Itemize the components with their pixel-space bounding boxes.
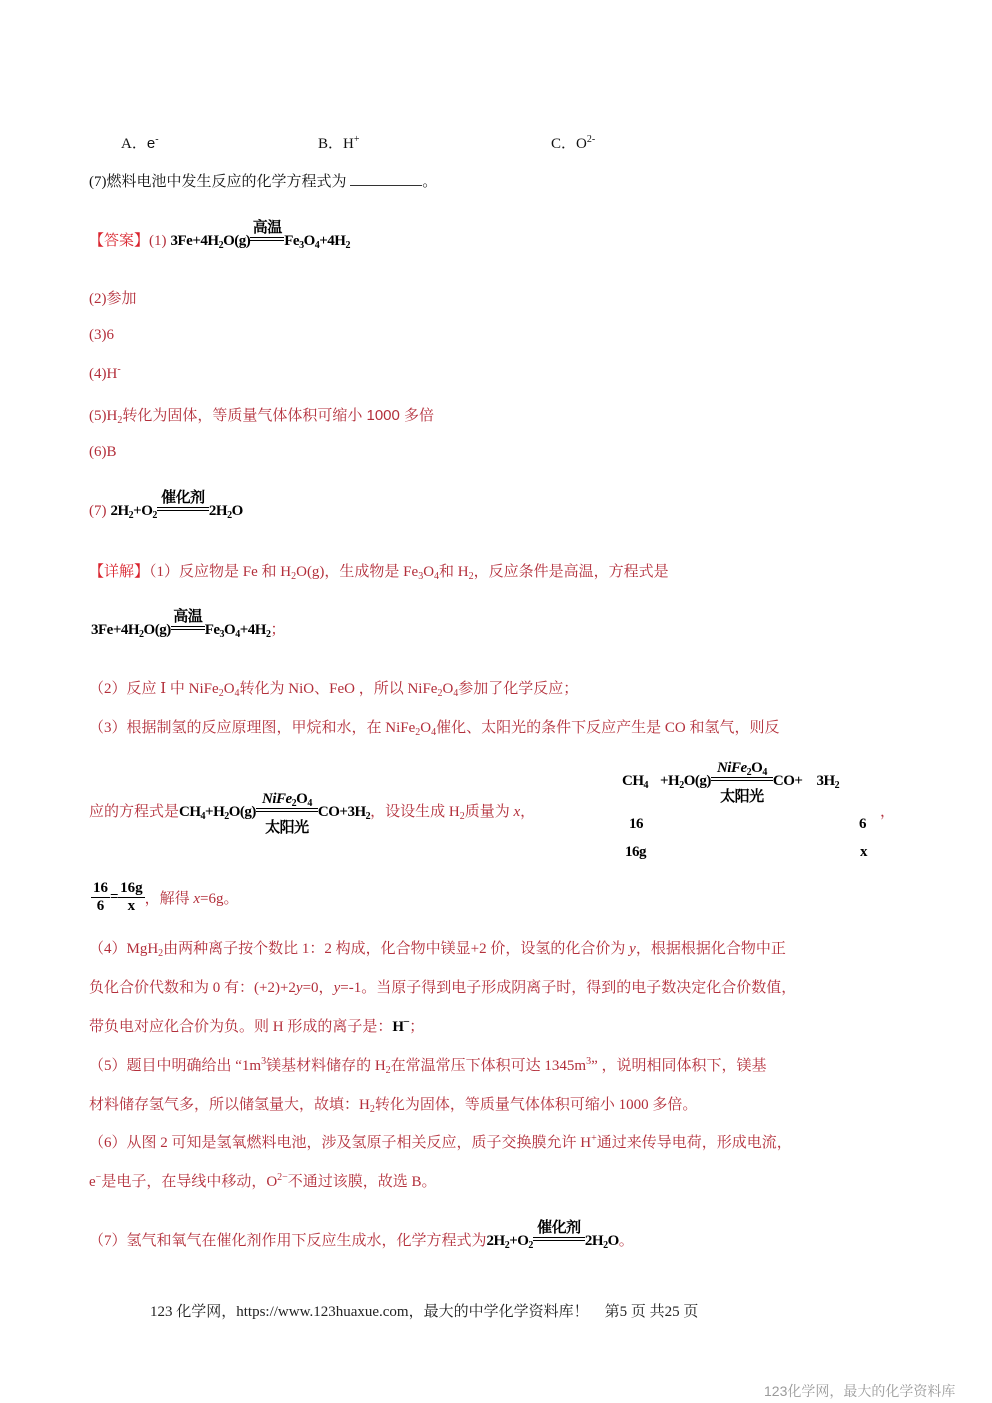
reaction-condition: 催化剂: [157, 503, 209, 520]
explanation-7: （7）氢气和氧气在催化剂作用下反应生成水，化学方程式为2H2+O2催化剂2H2O…: [89, 1229, 634, 1250]
answer-3: (3)6: [89, 327, 114, 344]
explanation-2: （2）反应 Ⅰ 中 NiFe2O4转化为 NiO、FeO ，所以 NiFe2O4…: [89, 677, 578, 698]
explanation-6-line-2: e−是电子，在导线中移动，O2−不通过该膜，故选 B。: [89, 1170, 437, 1191]
answer-2: (2)参加: [89, 287, 137, 308]
answer-tag: 【答案】: [89, 232, 149, 249]
option-value: O: [576, 136, 587, 152]
answer-5: (5)H2转化为固体，等质量气体体积可缩小 1000 多倍: [89, 404, 434, 425]
watermark: 123化学网，最大的化学资料库: [764, 1381, 955, 1401]
fraction-equation: 166=16gx，解得 x=6g。: [91, 880, 238, 915]
reaction-condition: NiFe2O4太阳光: [256, 804, 318, 821]
molar-mass-h2: 6: [859, 816, 866, 833]
page-footer: 123 化学网，https://www.123huaxue.com，最大的中学化…: [150, 1300, 698, 1321]
stoich-equation: CH4+H2O(g)NiFe2O4太阳光CO+3H2: [622, 773, 839, 790]
mass-h2: x: [860, 844, 867, 861]
answer-number: (7): [89, 503, 107, 519]
question-7: (7)燃料电池中发生反应的化学方程式为 。: [89, 170, 437, 191]
option-label: A．: [121, 136, 147, 152]
explanation-1: 【详解】（1）反应物是 Fe 和 H2O(g)，生成物是 Fe3O4和 H2，反…: [89, 560, 669, 581]
answer-6: (6)B: [89, 444, 117, 461]
explanation-4-line-1: （4）MgH2由两种离子按个数比 1：2 构成，化合物中镁显+2 价，设氢的化合…: [89, 937, 786, 958]
answer-4: (4)H-: [89, 366, 121, 383]
explanation-5-line-2: 材料储存氢气多，所以储氢量大，故填：H2转化为固体，等质量气体体积可缩小 100…: [89, 1093, 697, 1114]
footer-text: 123 化学网，https://www.123huaxue.com，最大的中学化…: [150, 1304, 589, 1320]
reaction-condition: 高温: [250, 233, 284, 250]
page-number: 第5 页 共25 页: [605, 1304, 699, 1320]
equation-h2-o2: 2H2+O2催化剂2H2O: [111, 503, 243, 519]
equation-fe-steam: 3Fe+4H2O(g)高温Fe3O4+4H2: [171, 233, 350, 249]
explanation-3: （3）根据制氢的反应原理图，甲烷和水，在 NiFe2O4催化、太阳光的条件下反应…: [89, 716, 779, 737]
option-b: B．H+: [318, 132, 360, 153]
option-sup: -: [155, 134, 158, 145]
option-sup: 2-: [587, 134, 595, 145]
comma: ，: [880, 800, 895, 821]
explanation-4-line-3: 带负电对应化合价为负。则 H 形成的离子是：H−；: [89, 1015, 424, 1036]
option-value: H: [343, 136, 354, 152]
question-text: (7)燃料电池中发生反应的化学方程式为: [89, 174, 347, 190]
option-label: C．: [551, 136, 576, 152]
option-a: A．e-: [121, 132, 159, 153]
option-value: e: [147, 135, 155, 152]
explanation-5-line-1: （5）题目中明确给出 “1m3镁基材料储存的 H2在常温常压下体积可达 1345…: [89, 1054, 767, 1075]
option-c: C．O2-: [551, 132, 595, 153]
answer-7: (7) 2H2+O2催化剂2H2O: [89, 502, 243, 520]
period: 。: [422, 174, 437, 190]
answer-blank: [350, 171, 422, 186]
explanation-1-equation: 3Fe+4H2O(g)高温Fe3O4+4H2；: [91, 618, 285, 639]
explanation-3-equation-line: 应的方程式是CH4+H2O(g)NiFe2O4太阳光CO+3H2，设设生成 H2…: [89, 800, 535, 821]
mass-ch4: 16g: [625, 844, 646, 861]
explanation-4-line-2: 负化合价代数和为 0 有：(+2)+2y=0，y=-1。当原子得到电子形成阴离子…: [89, 976, 796, 997]
answer-number: (1): [149, 233, 167, 249]
explanation-6-line-1: （6）从图 2 可知是氢氧燃料电池，涉及氢原子相关反应，质子交换膜允许 H+通过…: [89, 1131, 792, 1152]
molar-mass-ch4: 16: [629, 816, 643, 833]
option-label: B．: [318, 136, 343, 152]
explanation-tag: 【详解】: [89, 563, 149, 580]
option-sup: +: [354, 134, 360, 145]
answer-line-1: 【答案】(1) 3Fe+4H2O(g)高温Fe3O4+4H2: [89, 229, 350, 250]
